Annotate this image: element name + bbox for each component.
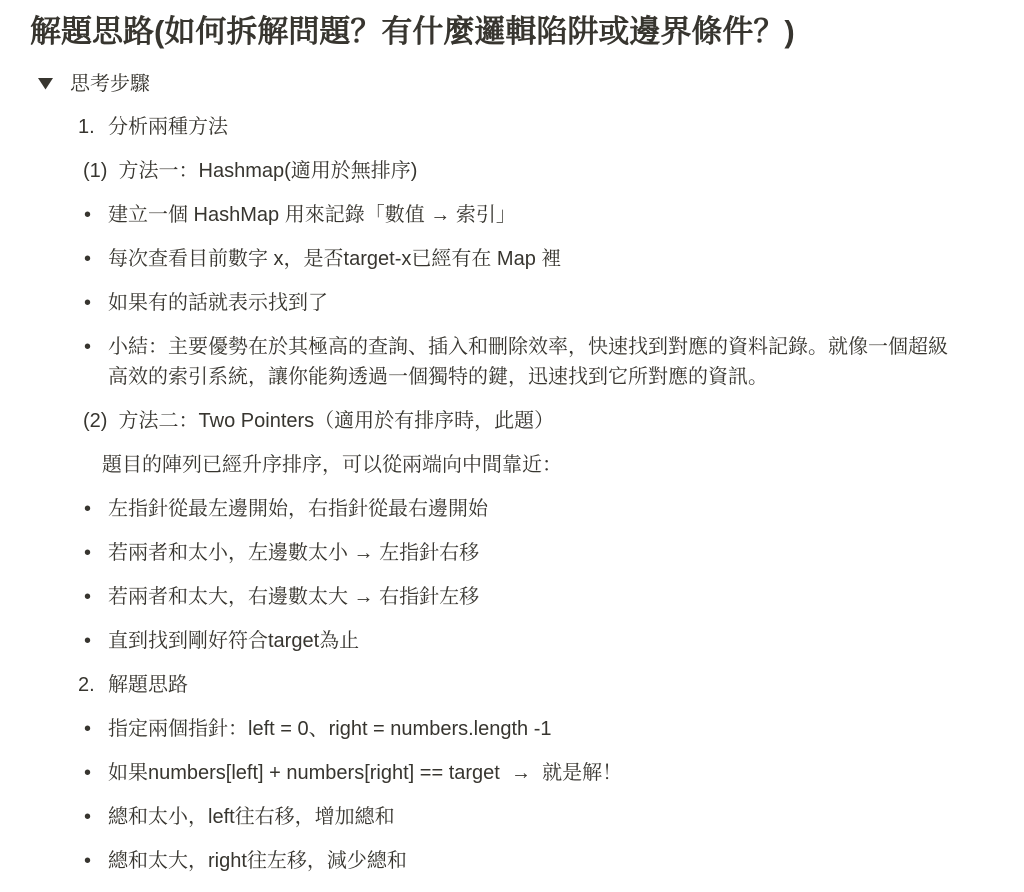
bullet-icon: • [84,332,108,362]
paren-list-item: (1) 方法一：Hashmap(適用於無排序) [30,156,994,186]
list-item-text: 指定兩個指針：left = 0、right = numbers.length -… [108,714,552,744]
list-item-text: 如果numbers[left] + numbers[right] == targ… [108,758,622,788]
list-item-text: 小結：主要優勢在於其極高的查詢、插入和刪除效率，快速找到對應的資料記錄。就像一個… [108,332,960,392]
list-item-text: 如果有的話就表示找到了 [108,288,328,318]
bullet-list-item: •左指針從最左邊開始，右指針從最右邊開始 [30,494,994,524]
bullet-list-item: •如果有的話就表示找到了 [30,288,994,318]
paren-list-item: (2) 方法二：Two Pointers（適用於有排序時，此題） [30,406,994,436]
bullet-icon: • [84,244,108,274]
bullet-icon: • [84,538,108,568]
numbered-list-item: 2.解題思路 [30,670,994,700]
list-item-text: 總和太小，left往右移，增加總和 [108,802,395,832]
bullet-icon: • [84,758,108,788]
bullet-icon: • [84,626,108,656]
bullet-icon: • [84,582,108,612]
bullet-icon: • [84,288,108,318]
toggle-content: 1.分析兩種方法(1) 方法一：Hashmap(適用於無排序)•建立一個 Has… [30,112,994,876]
bullet-list-item: •指定兩個指針：left = 0、right = numbers.length … [30,714,994,744]
page-title: 解題思路(如何拆解問題？有什麼邏輯陷阱或邊界條件？) [30,12,994,52]
list-item-text: 若兩者和太大，右邊數太大 → 右指針左移 [108,582,479,612]
list-item-text: (2) 方法二：Two Pointers（適用於有排序時，此題） [83,406,554,436]
bullet-list-item: •直到找到剛好符合target為止 [30,626,994,656]
document-page: 解題思路(如何拆解問題？有什麼邏輯陷阱或邊界條件？) 思考步驟 1.分析兩種方法… [0,0,1024,892]
list-item-text: 每次查看目前數字 x，是否target-x已經有在 Map 裡 [108,244,561,274]
number-marker: 2. [78,670,108,700]
numbered-list-item: 1.分析兩種方法 [30,112,994,142]
list-item-text: 左指針從最左邊開始，右指針從最右邊開始 [108,494,488,524]
toggle-triangle-icon[interactable] [35,72,61,96]
bullet-icon: • [84,846,108,876]
bullet-list-item: •小結：主要優勢在於其極高的查詢、插入和刪除效率，快速找到對應的資料記錄。就像一… [30,332,994,392]
bullet-list-item: •若兩者和太大，右邊數太大 → 右指針左移 [30,582,994,612]
list-item-text: 題目的陣列已經升序排序，可以從兩端向中間靠近： [102,450,562,480]
bullet-list-item: •總和太大，right往左移，減少總和 [30,846,994,876]
list-item-text: 總和太大，right往左移，減少總和 [108,846,407,876]
number-marker: 1. [78,112,108,142]
bullet-icon: • [84,802,108,832]
bullet-list-item: •建立一個 HashMap 用來記錄「數值 → 索引」 [30,200,994,230]
bullet-icon: • [84,200,108,230]
plain-list-item: 題目的陣列已經升序排序，可以從兩端向中間靠近： [30,450,994,480]
toggle-block: 思考步驟 [30,70,994,98]
bullet-list-item: •若兩者和太小，左邊數太小 → 左指針右移 [30,538,994,568]
list-item-text: 建立一個 HashMap 用來記錄「數值 → 索引」 [108,200,516,230]
bullet-list-item: •每次查看目前數字 x，是否target-x已經有在 Map 裡 [30,244,994,274]
bullet-list-item: •如果numbers[left] + numbers[right] == tar… [30,758,994,788]
list-item-text: 分析兩種方法 [108,112,228,142]
list-item-text: 直到找到剛好符合target為止 [108,626,359,656]
list-item-text: 解題思路 [108,670,188,700]
list-item-text: 若兩者和太小，左邊數太小 → 左指針右移 [108,538,479,568]
toggle-label[interactable]: 思考步驟 [70,70,150,98]
list-item-text: (1) 方法一：Hashmap(適用於無排序) [83,156,417,186]
bullet-icon: • [84,714,108,744]
bullet-list-item: •總和太小，left往右移，增加總和 [30,802,994,832]
bullet-icon: • [84,494,108,524]
